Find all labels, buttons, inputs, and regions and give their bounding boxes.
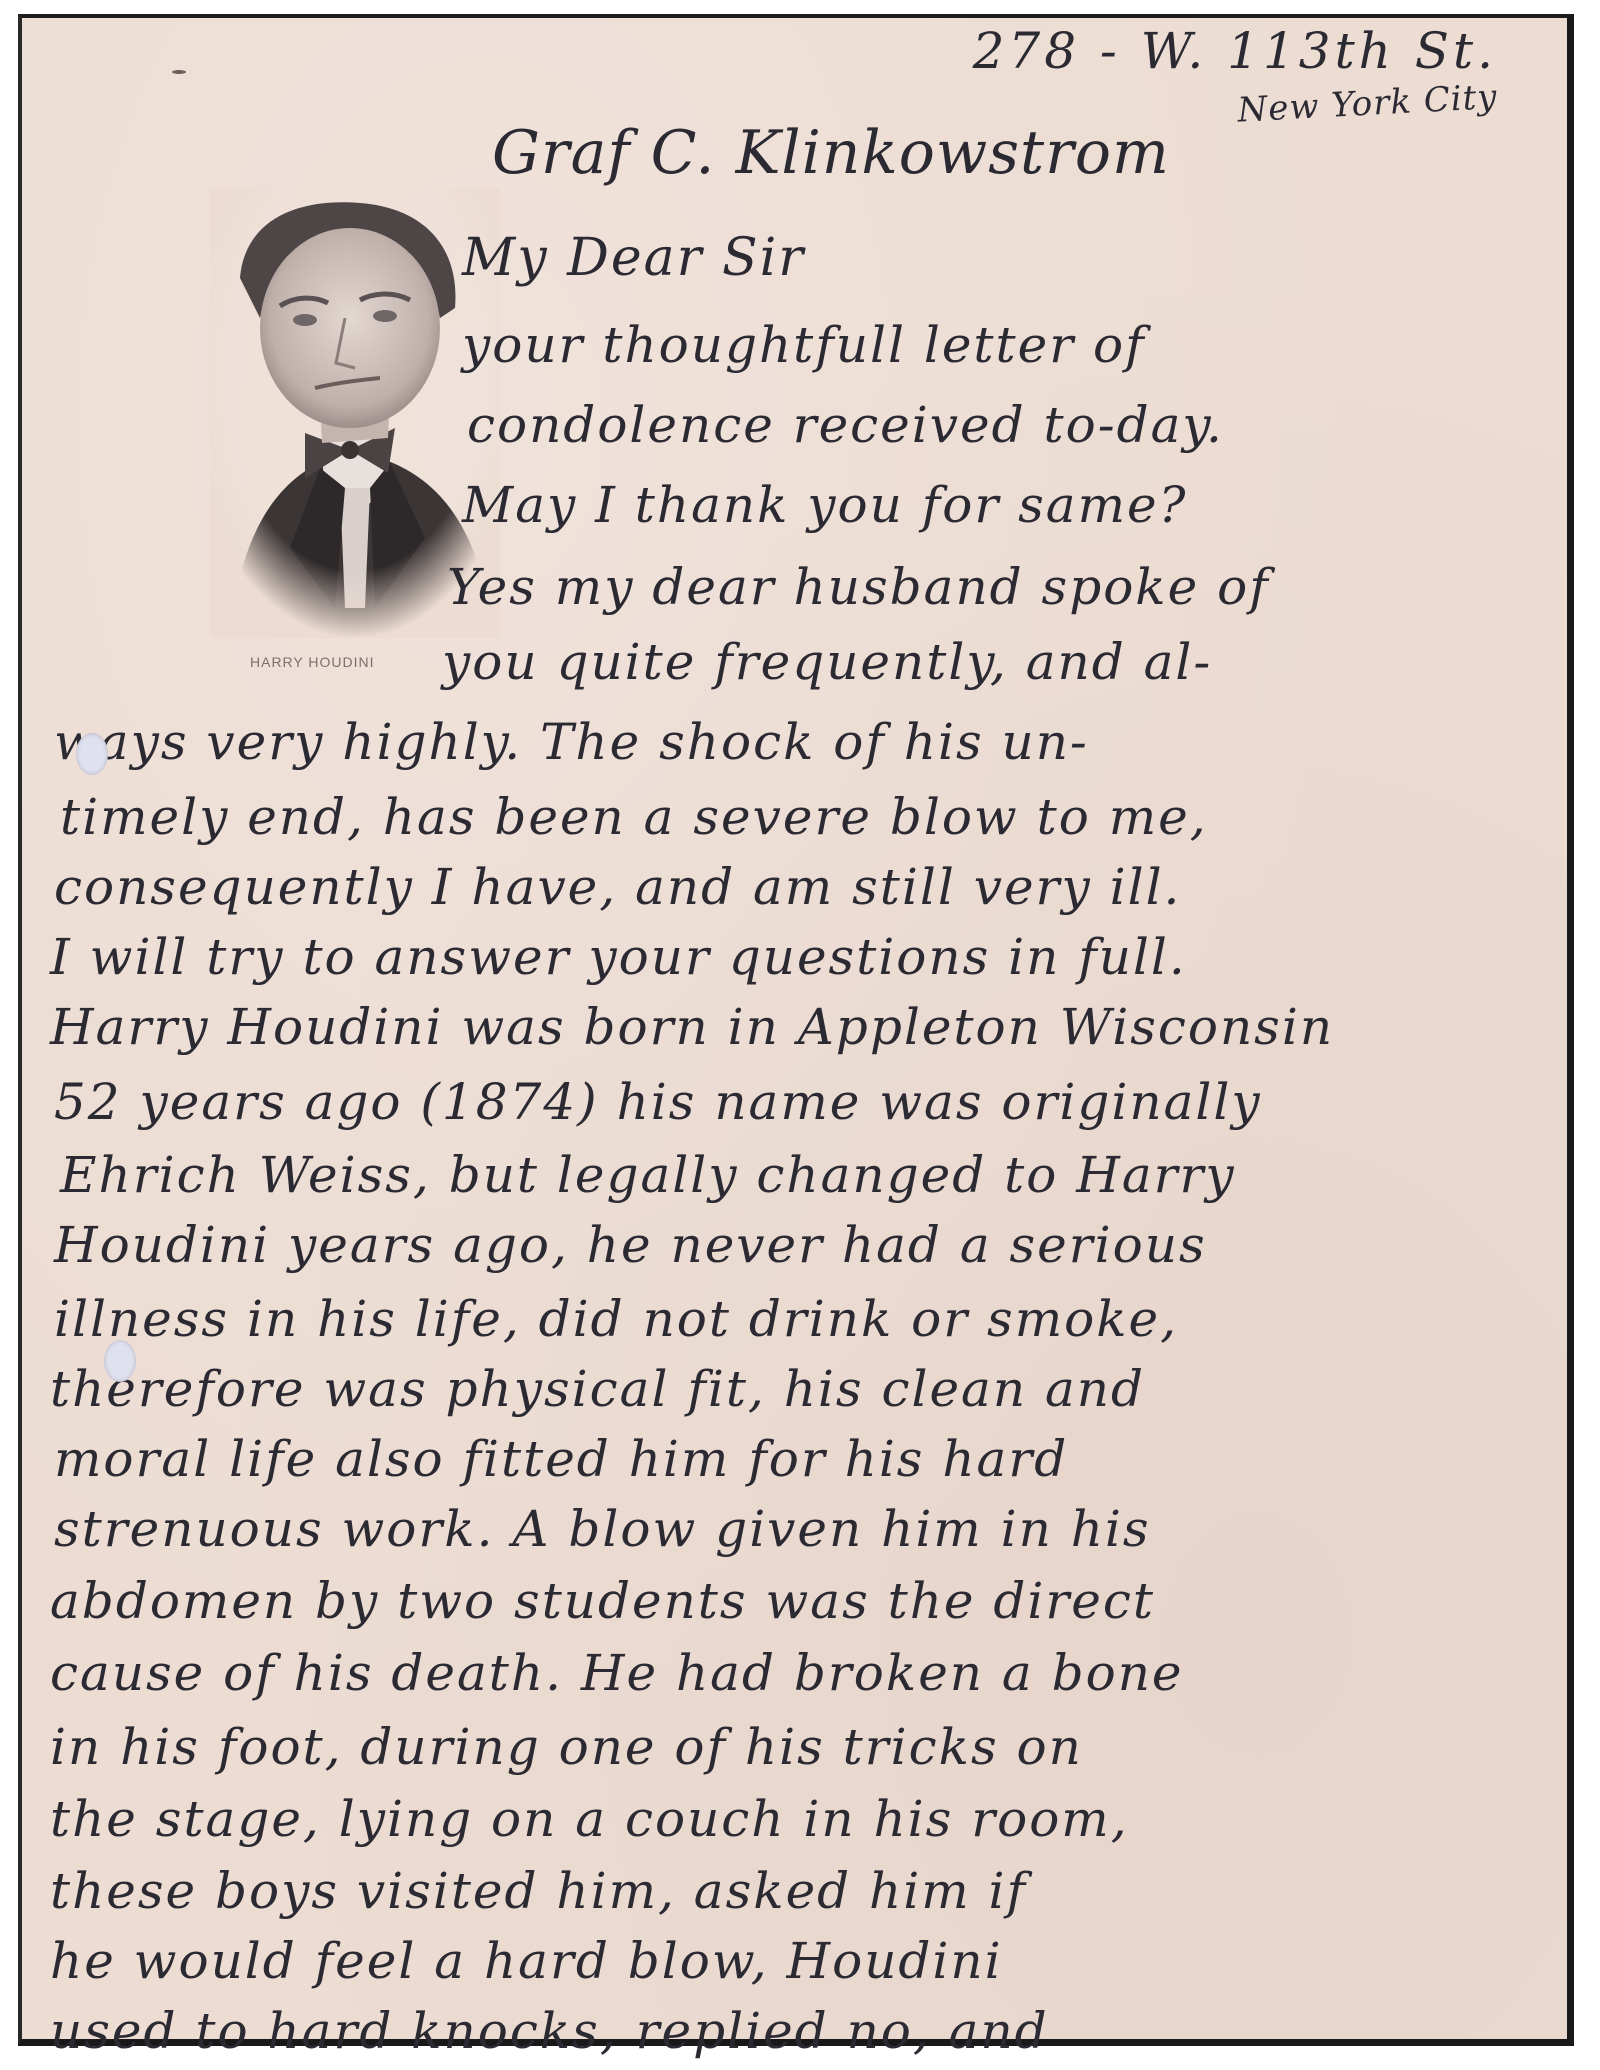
punch-hole-top xyxy=(76,733,108,775)
letter-line: ways very highly. The shock of his un- xyxy=(54,713,1089,771)
letter-line: Ehrich Weiss, but legally changed to Har… xyxy=(60,1146,1236,1204)
letter-line: moral life also fitted him for his hard xyxy=(54,1430,1068,1488)
punch-hole-bottom xyxy=(104,1340,136,1382)
return-address: 278 - W. 113th St. New York City xyxy=(973,26,1497,114)
letter-line: therefore was physical fit, his clean an… xyxy=(50,1360,1145,1418)
letter-line: Yes my dear husband spoke of xyxy=(447,558,1270,616)
letter-line: your thoughtfull letter of xyxy=(462,316,1146,374)
letter-line: these boys visited him, asked him if xyxy=(50,1862,1027,1920)
letter-line: timely end, has been a severe blow to me… xyxy=(60,788,1208,846)
letter-line: condolence received to-day. xyxy=(467,396,1224,454)
letter-line: the stage, lying on a couch in his room, xyxy=(50,1790,1129,1848)
letter-line: May I thank you for same? xyxy=(462,476,1187,534)
letter-line: you quite frequently, and al- xyxy=(442,633,1212,691)
letter-line: Houdini years ago, he never had a seriou… xyxy=(54,1216,1207,1274)
letter-line: he would feel a hard blow, Houdini xyxy=(50,1932,1003,1990)
letter-page: 278 - W. 113th St. New York City Graf C.… xyxy=(18,14,1574,2046)
letter-line: illness in his life, did not drink or sm… xyxy=(54,1290,1178,1348)
letter-line: I will try to answer your questions in f… xyxy=(50,928,1187,986)
paper-speck xyxy=(172,70,186,74)
portrait-caption: HARRY HOUDINI xyxy=(250,654,375,670)
salutation: My Dear Sir xyxy=(462,228,805,288)
letter-line: used to hard knocks, replied no, and xyxy=(50,2002,1049,2060)
letter-line: strenuous work. A blow given him in his xyxy=(54,1500,1151,1558)
letter-line: Harry Houdini was born in Appleton Wisco… xyxy=(50,998,1334,1056)
letter-line: 52 years ago (1874) his name was origina… xyxy=(54,1073,1262,1131)
address-street: 278 - W. 113th St. xyxy=(973,26,1497,76)
letter-line: abdomen by two students was the direct xyxy=(50,1572,1155,1630)
letter-line: cause of his death. He had broken a bone xyxy=(50,1644,1184,1702)
letter-line: consequently I have, and am still very i… xyxy=(54,858,1181,916)
recipient-name: Graf C. Klinkowstrom xyxy=(492,118,1170,188)
letter-line: in his foot, during one of his tricks on xyxy=(50,1718,1083,1776)
